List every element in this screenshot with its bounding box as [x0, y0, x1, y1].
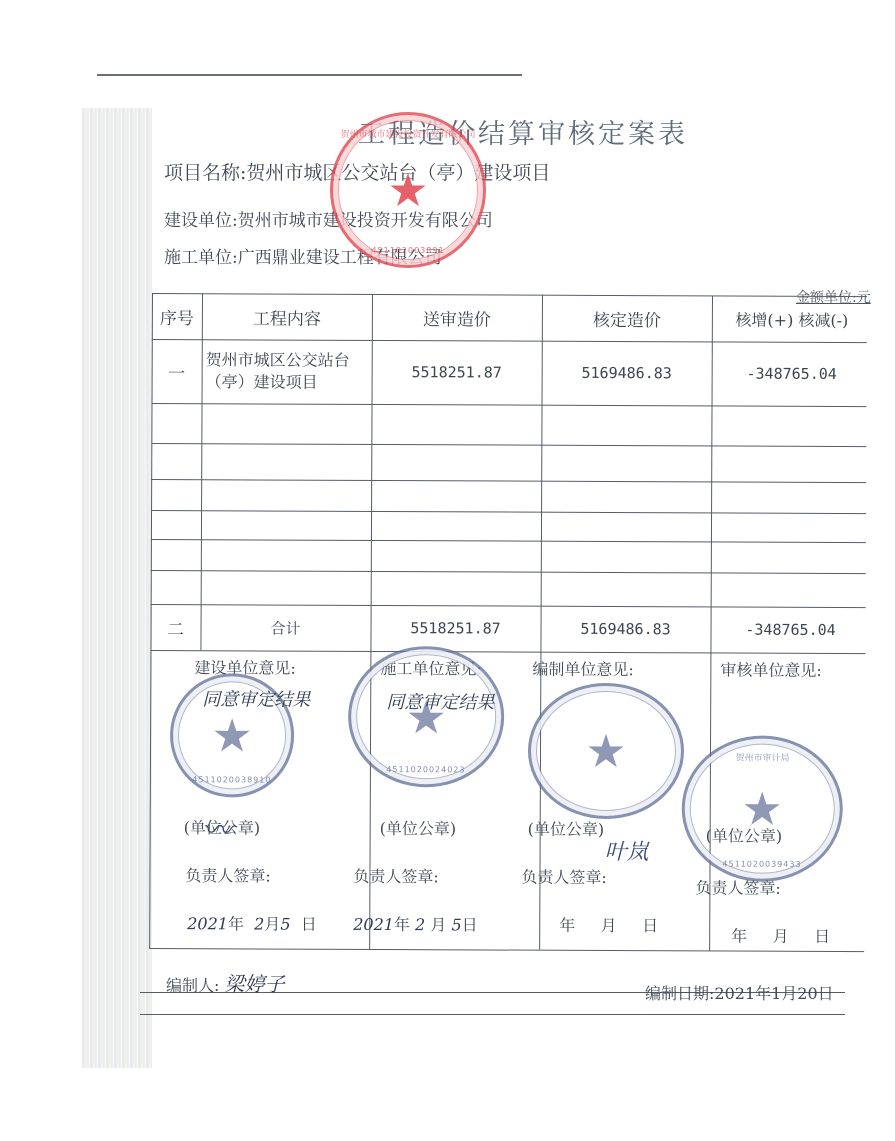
top-rule — [97, 74, 522, 76]
stamp-code: 4511020039433 — [722, 859, 801, 868]
header-content: 工程内容 — [202, 293, 372, 340]
header-no: 序号 — [152, 293, 202, 339]
project-name-label: 项目名称: — [164, 162, 246, 184]
handwritten-opinion: 同意审定结果 — [386, 688, 494, 714]
header-approved: 核定造价 — [542, 295, 712, 342]
preparer-signature: 梁婷子 — [225, 972, 285, 996]
seal-note: (单位公章) — [706, 823, 783, 846]
seal-note: (单位公章) — [528, 817, 605, 840]
sign-date: 年 月 日 — [559, 913, 658, 936]
compiler-stamp: ★ — [528, 683, 685, 820]
preparer-line: 编制人: 梁婷子 — [166, 968, 285, 997]
star-icon: ★ — [387, 167, 428, 213]
total-no: 二 — [150, 604, 200, 650]
total-diff: -348765.04 — [710, 606, 870, 653]
opinion-label: 编制单位意见: — [532, 657, 634, 680]
total-label: 合计 — [200, 604, 370, 651]
contractor-stamp: ★ 4511020024023 — [348, 646, 505, 788]
handwritten-opinion: 同意审定结果 — [202, 685, 310, 711]
header-submitted: 送审造价 — [372, 294, 542, 341]
footer-bottom-rule — [140, 1014, 845, 1015]
scan-artifact-strip — [82, 108, 152, 1068]
star-icon: ★ — [211, 712, 252, 758]
row-approved: 5169486.83 — [542, 341, 712, 406]
sign-label: 负责人签章: — [185, 863, 271, 886]
stamp-code: 4511020038910 — [192, 775, 271, 784]
row-submitted: 5518251.87 — [372, 340, 542, 405]
stamp-ring-text: 贺州市审计局 — [685, 750, 840, 764]
handwritten-signature: 叶岚 — [605, 835, 649, 866]
builder-label: 建设单位: — [164, 211, 238, 231]
total-submitted: 5518251.87 — [370, 605, 540, 652]
sign-label: 负责人签章: — [353, 864, 439, 887]
auditor-stamp: 贺州市审计局 ★ 4511020039433 — [681, 735, 843, 882]
sign-date: 2021年 2月5 日 — [187, 911, 317, 935]
sign-date: 年 月 日 — [731, 924, 830, 947]
row-content: 贺州市城区公交站台（亭）建设项目 — [206, 339, 370, 404]
compile-date-value: 2021年1月20日 — [714, 984, 833, 1003]
opinion-label: 审核单位意见: — [720, 657, 822, 680]
stamp-code: 451102003891 — [371, 246, 444, 255]
preparer-label: 编制人: — [166, 976, 219, 995]
sign-label: 负责人签章: — [521, 865, 607, 888]
row-no: 一 — [152, 339, 202, 403]
sign-date: 2021年 2 月 5日 — [353, 912, 478, 936]
contractor-label: 施工单位: — [164, 248, 238, 268]
star-icon: ★ — [585, 728, 626, 774]
handwritten-signature: 〰 — [202, 805, 232, 849]
stamp-code: 4511020024023 — [386, 765, 465, 774]
sign-label: 负责人签章: — [695, 875, 781, 898]
row-diff: -348765.04 — [712, 341, 872, 406]
builder-red-stamp: 贺州市城市建设投资开发有限公司 ★ 451102003891 — [330, 112, 486, 268]
seal-note: (单位公章) — [380, 816, 457, 839]
compile-date-label: 编制日期: — [645, 984, 714, 1003]
settlement-table: 序号 工程内容 送审造价 核定造价 核增(+) 核减(-) 一 贺州市城区公交站… — [149, 293, 867, 996]
total-approved: 5169486.83 — [540, 606, 710, 653]
stamp-ring-text: 贺州市城市建设投资开发有限公司 — [333, 127, 483, 140]
compile-date-line: 编制日期:2021年1月20日 — [645, 981, 834, 1004]
header-diff: 核增(+) 核减(-) — [712, 295, 872, 342]
